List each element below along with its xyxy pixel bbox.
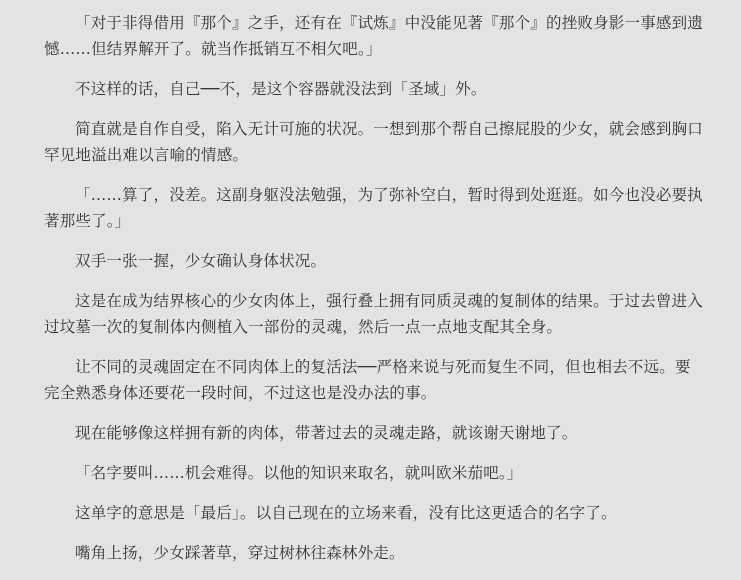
paragraph: 现在能够像这样拥有新的肉体，带著过去的灵魂走路，就该谢天谢地了。 bbox=[44, 420, 704, 446]
document-body: 「对于非得借用『那个』之手，还有在『试炼』中没能见著『那个』的挫败身影一事感到遗… bbox=[44, 10, 704, 532]
paragraph: 双手一张一握，少女确认身体状况。 bbox=[44, 248, 704, 274]
paragraph: 「对于非得借用『那个』之手，还有在『试炼』中没能见著『那个』的挫败身影一事感到遗… bbox=[44, 10, 704, 62]
paragraph: 这是在成为结界核心的少女肉体上，强行叠上拥有同质灵魂的复制体的结果。于过去曾进入… bbox=[44, 288, 704, 340]
paragraph: 「……算了，没差。这副身躯没法勉强，为了弥补空白，暂时得到处逛逛。如今也没必要执… bbox=[44, 182, 704, 234]
paragraph: 简直就是自作自受，陷入无计可施的状况。一想到那个帮自己擦屁股的少女，就会感到胸口… bbox=[44, 116, 704, 168]
paragraph: 让不同的灵魂固定在不同肉体上的复活法──严格来说与死而复生不同，但也相去不远。要… bbox=[44, 354, 704, 406]
paragraph: 这单字的意思是「最后」。以自己现在的立场来看，没有比这更适合的名字了。 bbox=[44, 500, 704, 526]
paragraph: 「名字要叫……机会难得。以他的知识来取名，就叫欧米茄吧。」 bbox=[44, 460, 704, 486]
paragraph: 不这样的话，自己──不，是这个容器就没法到「圣域」外。 bbox=[44, 76, 704, 102]
